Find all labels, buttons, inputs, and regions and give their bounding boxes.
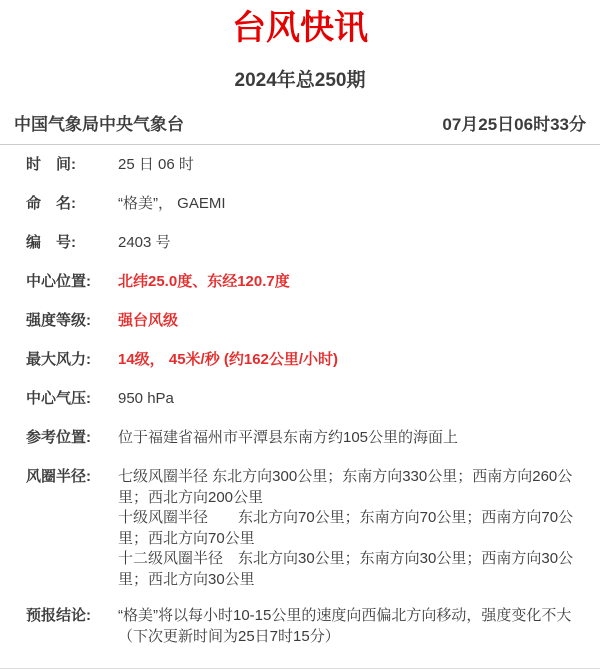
field-row-max-wind: 最大风力: 14级， 45米/秒 (约162公里/小时) [14,350,586,370]
field-label: 最大风力: [14,350,118,370]
field-value: 七级风圈半径 东北方向300公里；东南方向330公里；西南方向260公里；西北方… [118,467,586,590]
field-value: 强台风级 [118,311,586,331]
field-label: 强度等级: [14,311,118,331]
forecast-text: “格美”将以每小时10-15公里的速度向西偏北方向移动，强度变化不大 [118,606,586,627]
wind-radius-level12: 十二级风圈半径 东北方向30公里；东南方向30公里；西南方向30公里；西北方向3… [118,549,586,590]
field-row-intensity: 强度等级: 强台风级 [14,311,586,331]
field-value: 25 日 06 时 [118,155,586,175]
field-label: 编 号: [14,233,118,253]
wind-radius-level10: 十级风圈半径 东北方向70公里；东南方向70公里；西南方向70公里；西北方向70… [118,508,586,549]
field-label: 预报结论: [14,606,118,647]
agency-name: 中国气象局中央气象台 [14,115,184,135]
field-label: 风圈半径: [14,467,118,590]
next-update-note: （下次更新时间为25日7时15分） [118,627,586,648]
field-row-reference-position: 参考位置: 位于福建省福州市平潭县东南方约105公里的海面上 [14,428,586,448]
typhoon-bulletin: 台风快讯 2024年总250期 中国气象局中央气象台 07月25日06时33分 … [0,0,600,669]
field-value: “格美”将以每小时10-15公里的速度向西偏北方向移动，强度变化不大 （下次更新… [118,606,586,647]
field-value: 2403 号 [118,233,586,253]
field-row-wind-circle-radius: 风圈半径: 七级风圈半径 东北方向300公里；东南方向330公里；西南方向260… [14,467,586,590]
field-label: 命 名: [14,194,118,214]
field-row-central-pressure: 中心气压: 950 hPa [14,389,586,409]
field-row-center-position: 中心位置: 北纬25.0度、东经120.7度 [14,272,586,292]
field-value: 14级， 45米/秒 (约162公里/小时) [118,350,586,370]
field-row-forecast-conclusion: 预报结论: “格美”将以每小时10-15公里的速度向西偏北方向移动，强度变化不大… [14,606,586,647]
field-value: 位于福建省福州市平潭县东南方约105公里的海面上 [118,428,586,448]
issue-datetime: 07月25日06时33分 [442,115,586,135]
field-label: 时 间: [14,155,118,175]
wind-radius-level7: 七级风圈半径 东北方向300公里；东南方向330公里；西南方向260公里；西北方… [118,467,586,508]
field-row-number: 编 号: 2403 号 [14,233,586,253]
issue-number: 2024年总250期 [0,70,600,92]
bulletin-meta: 中国气象局中央气象台 07月25日06时33分 [0,115,600,135]
field-value: “格美”， GAEMI [118,194,586,214]
page-title: 台风快讯 [0,0,600,46]
field-value: 北纬25.0度、东经120.7度 [118,272,586,292]
field-row-time: 时 间: 25 日 06 时 [14,155,586,175]
field-label: 中心气压: [14,389,118,409]
field-label: 参考位置: [14,428,118,448]
field-row-name: 命 名: “格美”， GAEMI [14,194,586,214]
field-label: 中心位置: [14,272,118,292]
field-list: 时 间: 25 日 06 时 命 名: “格美”， GAEMI 编 号: 240… [0,145,600,647]
field-value: 950 hPa [118,389,586,409]
